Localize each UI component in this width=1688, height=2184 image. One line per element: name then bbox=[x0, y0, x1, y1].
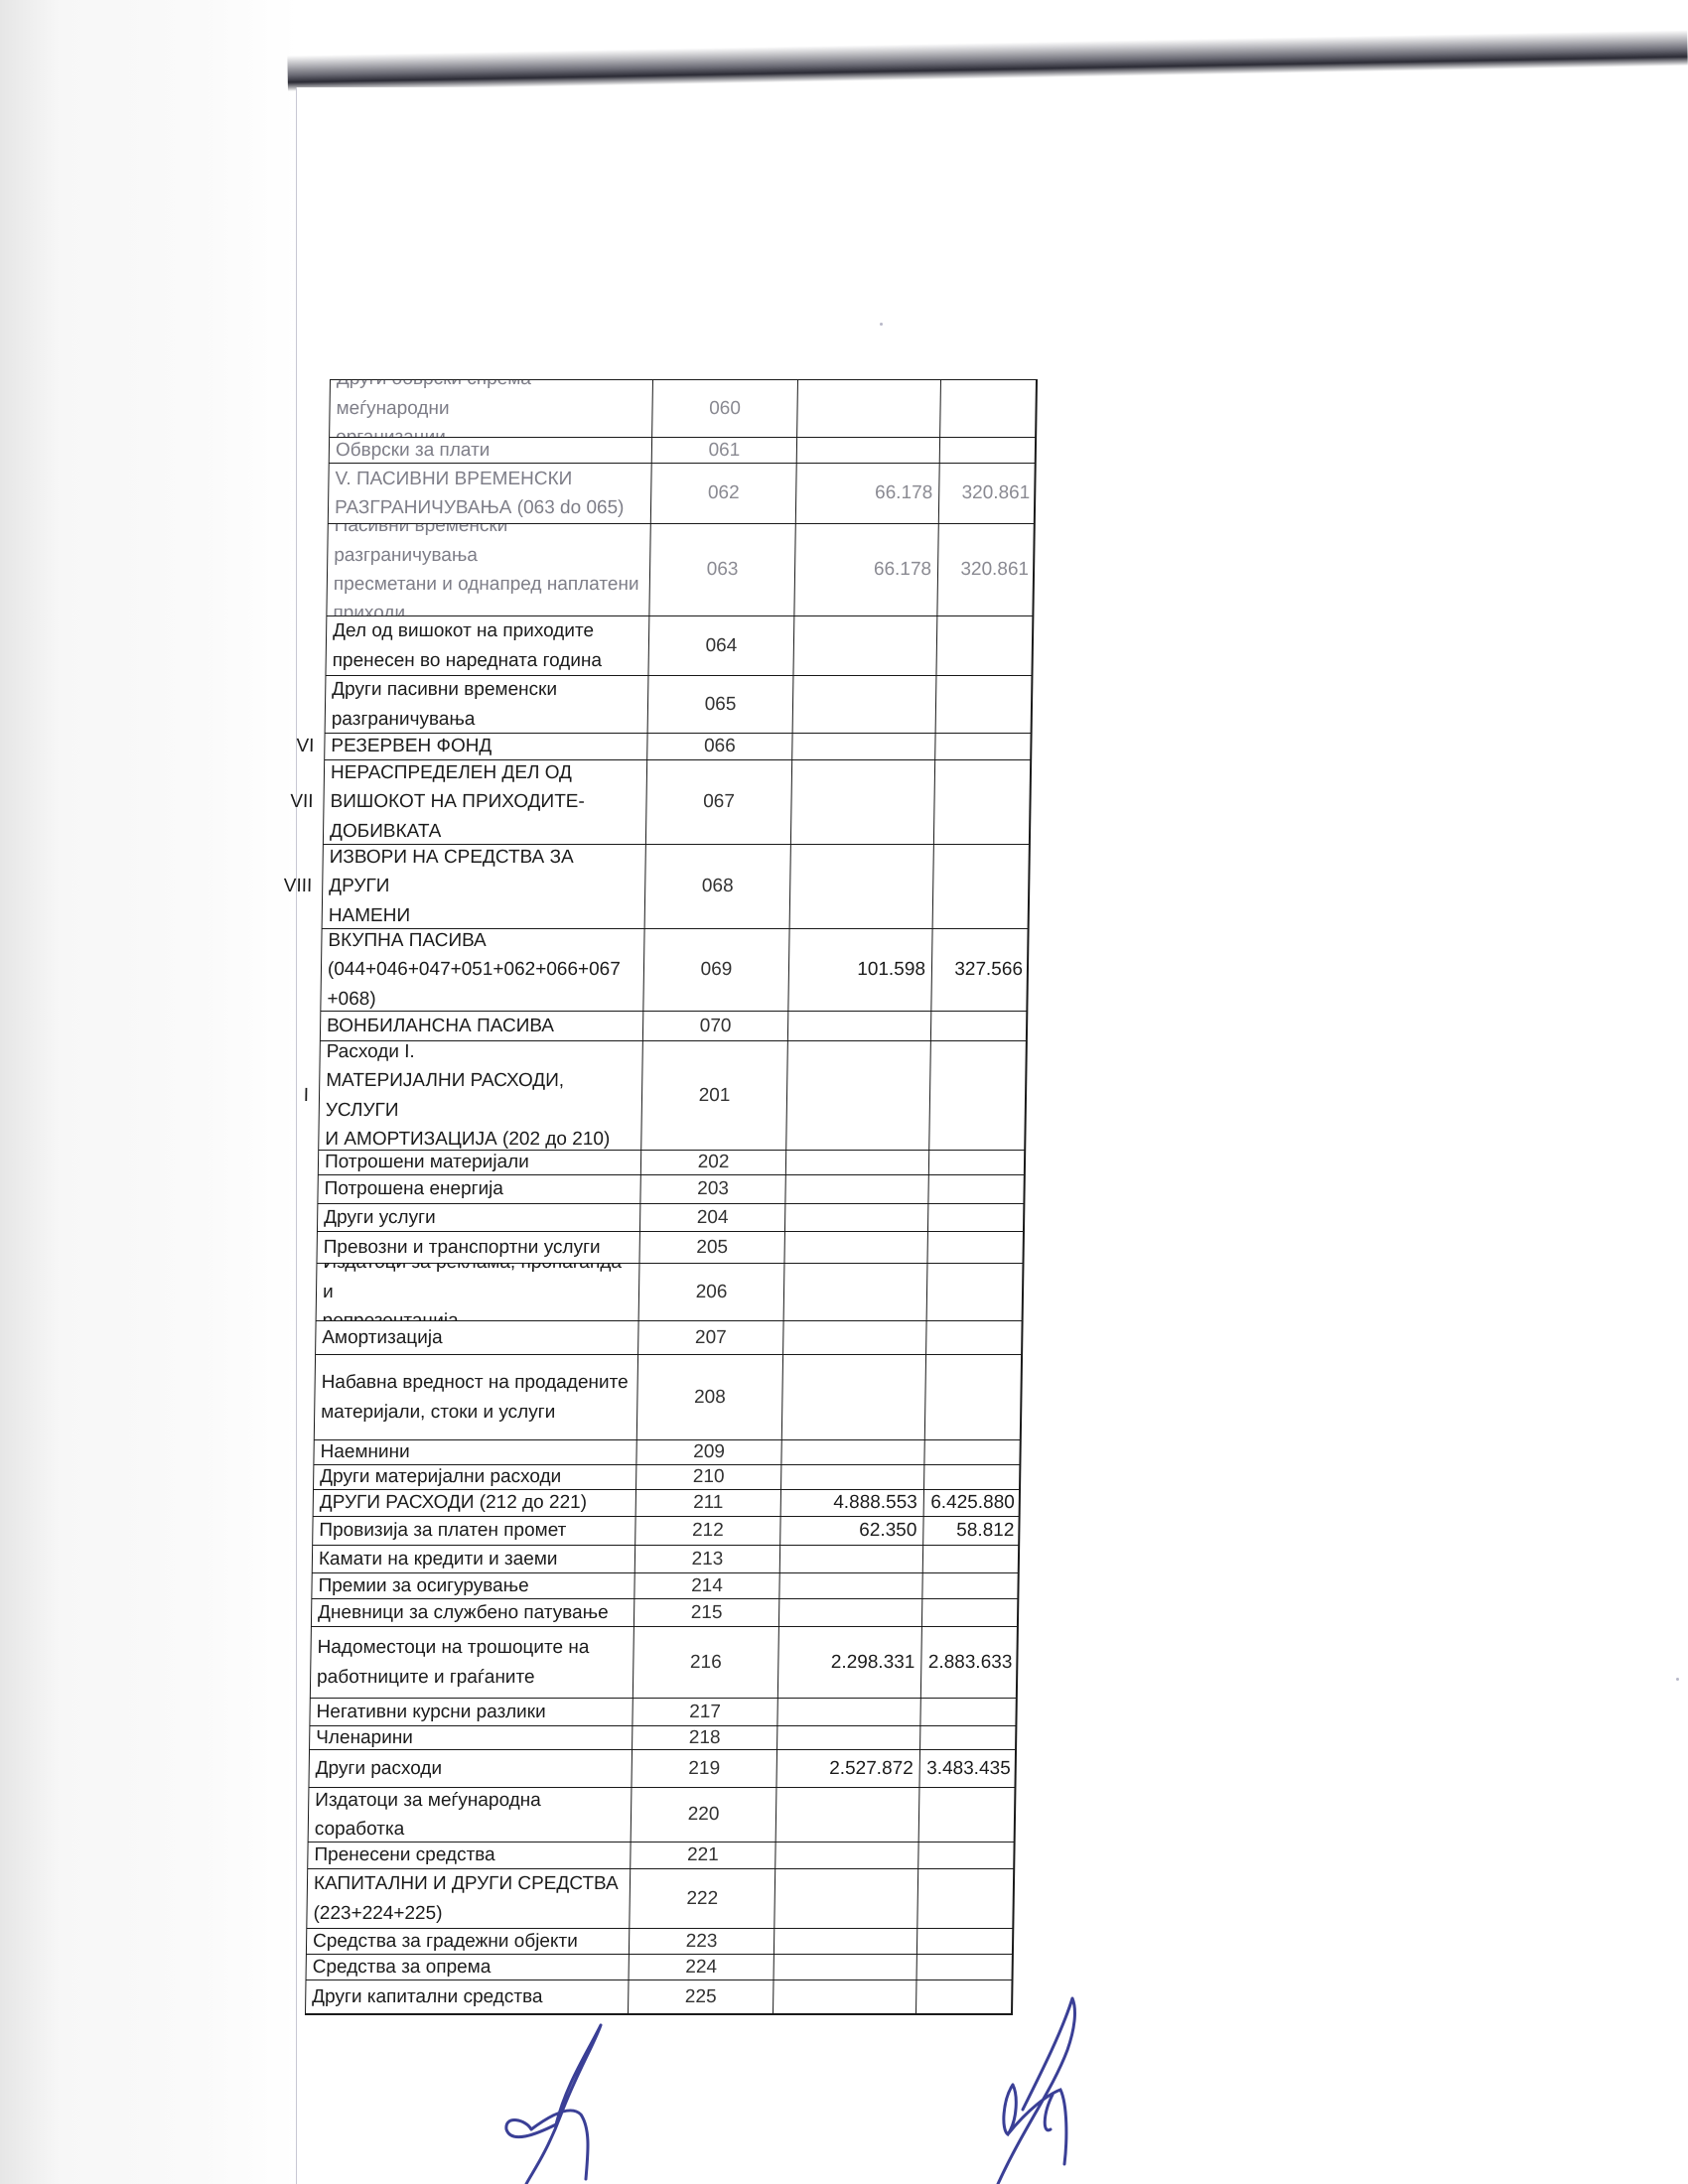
row-code: 207 bbox=[637, 1321, 783, 1354]
previous-year-value bbox=[923, 1465, 1021, 1489]
current-year-value bbox=[773, 1980, 916, 2013]
row-label: ИЗВОРИ НА СРЕДСТВА ЗА ДРУГИ НАМЕНИ bbox=[322, 845, 645, 928]
row-label: Средства за градежни објекти bbox=[306, 1929, 629, 1954]
current-year-value bbox=[778, 1599, 921, 1626]
current-year-value bbox=[779, 1546, 922, 1572]
row-label: Средства за опрема bbox=[306, 1955, 629, 1979]
row-label: Превозни и транспортни услуги bbox=[316, 1232, 638, 1263]
row-code: 224 bbox=[629, 1955, 774, 1979]
previous-year-value: 2.883.633 bbox=[920, 1627, 1019, 1698]
current-year-value bbox=[784, 1204, 927, 1231]
row-label: Надоместоци на трошоците на работниците … bbox=[310, 1627, 633, 1698]
row-code: 213 bbox=[634, 1546, 779, 1572]
row-code: 068 bbox=[644, 845, 790, 928]
previous-year-value bbox=[923, 1440, 1021, 1464]
row-label: Издатоци за реклама, пропаганда и репрез… bbox=[316, 1264, 639, 1320]
row-code: 201 bbox=[640, 1041, 787, 1150]
previous-year-value bbox=[935, 616, 1034, 675]
table-row: VIIНЕРАСПРЕДЕЛЕН ДЕЛ ОД ВИШОКОТ НА ПРИХО… bbox=[323, 759, 1032, 844]
row-code: 214 bbox=[633, 1573, 778, 1598]
row-code: 060 bbox=[651, 380, 797, 437]
current-year-value bbox=[785, 1151, 928, 1174]
row-code: 208 bbox=[636, 1355, 782, 1439]
previous-year-value: 58.812 bbox=[922, 1517, 1020, 1545]
row-label: ВОНБИЛАНСНА ПАСИВА bbox=[320, 1012, 642, 1040]
row-code: 066 bbox=[646, 734, 791, 759]
table-row: Други капитални средства225 bbox=[305, 1979, 1014, 2015]
current-year-value bbox=[781, 1355, 925, 1439]
current-year-value bbox=[783, 1232, 926, 1263]
row-code: 204 bbox=[639, 1204, 784, 1231]
row-code: 063 bbox=[648, 524, 794, 615]
current-year-value: 62.350 bbox=[779, 1517, 922, 1545]
table-row: Средства за градежни објекти223 bbox=[306, 1928, 1014, 1954]
table-row: Пренесени средства221 bbox=[307, 1842, 1015, 1868]
previous-year-value bbox=[919, 1699, 1017, 1725]
row-label: Дневници за службено патување bbox=[311, 1599, 633, 1626]
previous-year-value bbox=[932, 845, 1031, 928]
table-row: ВКУПНА ПАСИВА (044+046+047+051+062+066+0… bbox=[320, 928, 1029, 1011]
row-code: 211 bbox=[635, 1490, 780, 1516]
table-row: Надоместоци на трошоците на работниците … bbox=[310, 1626, 1019, 1698]
previous-year-value bbox=[930, 1012, 1028, 1040]
row-code: 069 bbox=[642, 929, 788, 1011]
table-row: Дневници за службено патување215 bbox=[311, 1598, 1019, 1626]
balance-sheet-table: Други обврски спрема меѓународни организ… bbox=[305, 379, 1038, 2015]
previous-year-value bbox=[916, 1869, 1015, 1928]
row-code: 202 bbox=[640, 1151, 785, 1174]
row-label: Други услуги bbox=[317, 1204, 639, 1231]
previous-year-value bbox=[924, 1355, 1023, 1439]
table-row: Други обврски спрема меѓународни организ… bbox=[329, 379, 1038, 437]
table-row: Премии за осигурување214 bbox=[311, 1572, 1019, 1598]
current-year-value: 101.598 bbox=[787, 929, 931, 1011]
current-year-value: 4.888.553 bbox=[780, 1490, 923, 1516]
previous-year-value bbox=[926, 1264, 1025, 1320]
current-year-value bbox=[774, 1843, 917, 1868]
table-row: Дел од вишокот на приходите пренесен во … bbox=[325, 615, 1034, 675]
current-year-value bbox=[780, 1465, 923, 1489]
section-roman-numeral: VIII bbox=[283, 845, 313, 928]
section-roman-numeral: VII bbox=[290, 760, 315, 844]
row-code: 061 bbox=[651, 438, 796, 463]
row-label: ВКУПНА ПАСИВА (044+046+047+051+062+066+0… bbox=[320, 929, 643, 1011]
row-label: РЕЗЕРВЕН ФОНД bbox=[324, 734, 646, 759]
row-code: 203 bbox=[639, 1175, 784, 1203]
previous-year-value bbox=[916, 1929, 1014, 1954]
row-label: Премии за осигурување bbox=[311, 1573, 633, 1598]
row-code: 219 bbox=[631, 1750, 776, 1787]
row-label: Амортизација bbox=[315, 1321, 638, 1354]
table-row: IРасходи I. МАТЕРИЈАЛНИ РАСХОДИ, УСЛУГИ … bbox=[318, 1040, 1028, 1150]
row-label: Други обврски спрема меѓународни организ… bbox=[329, 380, 652, 437]
previous-year-value bbox=[918, 1788, 1017, 1842]
row-label: V. ПАСИВНИ ВРЕМЕНСКИ РАЗГРАНИЧУВАЊА (063… bbox=[328, 464, 651, 523]
row-code: 215 bbox=[633, 1599, 778, 1626]
previous-year-value bbox=[935, 676, 1034, 733]
previous-year-value bbox=[939, 438, 1037, 463]
current-year-value bbox=[783, 1264, 927, 1320]
current-year-value bbox=[784, 1175, 927, 1203]
row-label: Обврски за плати bbox=[329, 438, 651, 463]
row-code: 225 bbox=[628, 1980, 774, 2013]
current-year-value bbox=[774, 1869, 917, 1928]
previous-year-value bbox=[919, 1726, 1017, 1749]
row-code: 222 bbox=[629, 1869, 774, 1928]
current-year-value: 66.178 bbox=[793, 524, 937, 615]
current-year-value bbox=[787, 1012, 930, 1040]
row-label: Други материјални расходи bbox=[313, 1465, 635, 1489]
current-year-value bbox=[792, 676, 936, 733]
previous-year-value: 320.861 bbox=[938, 464, 1037, 523]
table-row: Негативни курсни разлики217 bbox=[309, 1698, 1017, 1725]
row-code: 062 bbox=[650, 464, 796, 523]
current-year-value bbox=[774, 1955, 916, 1979]
previous-year-value: 6.425.880 bbox=[923, 1490, 1021, 1516]
previous-year-value bbox=[939, 380, 1038, 437]
previous-year-value: 320.861 bbox=[936, 524, 1035, 615]
table-row: Други расходи2192.527.8723.483.435 bbox=[308, 1749, 1017, 1787]
row-label: Негативни курсни разлики bbox=[309, 1699, 632, 1725]
row-code: 220 bbox=[631, 1788, 776, 1842]
row-code: 210 bbox=[635, 1465, 780, 1489]
row-code: 070 bbox=[642, 1012, 787, 1040]
previous-year-value bbox=[916, 1955, 1014, 1979]
current-year-value bbox=[790, 760, 934, 844]
table-row: VIIIИЗВОРИ НА СРЕДСТВА ЗА ДРУГИ НАМЕНИ06… bbox=[322, 844, 1031, 928]
previous-year-value bbox=[927, 1175, 1025, 1203]
row-label: Пасивни временски разграничувања пресмет… bbox=[326, 524, 649, 615]
current-year-value bbox=[780, 1440, 923, 1464]
table-row: Пасивни временски разграничувања пресмет… bbox=[326, 523, 1035, 615]
row-code: 221 bbox=[630, 1843, 774, 1868]
row-label: Камати на кредити и заеми bbox=[312, 1546, 634, 1572]
row-label: Потрошена енергија bbox=[317, 1175, 639, 1203]
current-year-value bbox=[791, 734, 934, 759]
current-year-value bbox=[776, 1726, 919, 1749]
row-label: Други пасивни временски разграничувања bbox=[325, 676, 648, 733]
table-row: VIРЕЗЕРВЕН ФОНД066 bbox=[324, 733, 1032, 759]
previous-year-value: 327.566 bbox=[930, 929, 1029, 1011]
current-year-value: 2.298.331 bbox=[777, 1627, 921, 1698]
row-label: Издатоци за меѓународна соработка bbox=[308, 1788, 632, 1842]
current-year-value bbox=[778, 1573, 921, 1598]
previous-year-value bbox=[921, 1573, 1019, 1598]
table-row: Наемнини209 bbox=[313, 1439, 1021, 1464]
row-label: Пренесени средства bbox=[307, 1843, 630, 1868]
section-roman-numeral: VI bbox=[296, 734, 314, 759]
table-row: Потрошена енергија203 bbox=[317, 1174, 1025, 1203]
current-year-value bbox=[789, 845, 933, 928]
table-row: Превозни и транспортни услуги205 bbox=[316, 1231, 1024, 1263]
previous-year-value bbox=[933, 760, 1032, 844]
current-year-value bbox=[792, 616, 936, 675]
scan-speck bbox=[880, 323, 883, 326]
previous-year-value bbox=[928, 1151, 1026, 1174]
row-label: Расходи I. МАТЕРИЈАЛНИ РАСХОДИ, УСЛУГИ И… bbox=[318, 1041, 642, 1150]
previous-year-value bbox=[926, 1232, 1024, 1263]
table-row: Потрошени материјали202 bbox=[318, 1150, 1026, 1174]
row-label: Набавна вредност на продадените материја… bbox=[314, 1355, 637, 1439]
row-label: ДРУГИ РАСХОДИ (212 до 221) bbox=[313, 1490, 635, 1516]
row-label: НЕРАСПРЕДЕЛЕН ДЕЛ ОД ВИШОКОТ НА ПРИХОДИТ… bbox=[323, 760, 646, 844]
table-row: Камати на кредити и заеми213 bbox=[312, 1545, 1020, 1572]
row-label: Други капитални средства bbox=[305, 1980, 629, 2013]
row-code: 216 bbox=[633, 1627, 778, 1698]
row-label: КАПИТАЛНИ И ДРУГИ СРЕДСТВА (223+224+225) bbox=[306, 1869, 630, 1928]
table-row: КАПИТАЛНИ И ДРУГИ СРЕДСТВА (223+224+225)… bbox=[306, 1868, 1015, 1928]
current-year-value bbox=[785, 1041, 930, 1150]
table-row: Набавна вредност на продадените материја… bbox=[314, 1354, 1023, 1439]
table-row: V. ПАСИВНИ ВРЕМЕНСКИ РАЗГРАНИЧУВАЊА (063… bbox=[328, 463, 1037, 523]
row-label: Наемнини bbox=[313, 1440, 635, 1464]
table-row: Издатоци за реклама, пропаганда и репрез… bbox=[316, 1263, 1025, 1320]
row-code: 064 bbox=[647, 616, 793, 675]
row-label: Дел од вишокот на приходите пренесен во … bbox=[325, 616, 648, 675]
left-signature bbox=[477, 2015, 635, 2184]
row-code: 218 bbox=[632, 1726, 776, 1749]
previous-year-value bbox=[921, 1599, 1019, 1626]
current-year-value bbox=[776, 1699, 919, 1725]
current-year-value bbox=[796, 380, 940, 437]
scan-speck bbox=[1676, 1678, 1679, 1681]
table-row: Издатоци за меѓународна соработка220 bbox=[308, 1787, 1017, 1842]
previous-year-value bbox=[922, 1546, 1020, 1572]
current-year-value: 66.178 bbox=[795, 464, 939, 523]
row-code: 206 bbox=[638, 1264, 784, 1320]
table-row: Членарини218 bbox=[309, 1725, 1017, 1749]
table-row: Средства за опрема224 bbox=[306, 1954, 1014, 1979]
current-year-value bbox=[796, 438, 939, 463]
table-row: Провизија за платен промет21262.35058.81… bbox=[312, 1516, 1020, 1545]
previous-year-value bbox=[925, 1321, 1024, 1354]
row-code: 209 bbox=[635, 1440, 780, 1464]
table-row: ВОНБИЛАНСНА ПАСИВА070 bbox=[320, 1011, 1028, 1040]
row-code: 217 bbox=[632, 1699, 776, 1725]
row-code: 212 bbox=[634, 1517, 779, 1545]
right-signature bbox=[943, 1990, 1092, 2184]
previous-year-value bbox=[928, 1041, 1028, 1150]
previous-year-value bbox=[927, 1204, 1025, 1231]
row-label: Членарини bbox=[309, 1726, 632, 1749]
row-label: Други расходи bbox=[308, 1750, 632, 1787]
table-row: Обврски за плати061 bbox=[329, 437, 1037, 463]
table-row: Други услуги204 bbox=[317, 1203, 1025, 1231]
table-row: Други пасивни временски разграничувања06… bbox=[325, 675, 1034, 733]
row-code: 223 bbox=[629, 1929, 774, 1954]
row-code: 205 bbox=[638, 1232, 783, 1263]
table-row: Амортизација207 bbox=[315, 1320, 1024, 1354]
previous-year-value bbox=[917, 1843, 1015, 1868]
row-code: 065 bbox=[647, 676, 793, 733]
current-year-value bbox=[774, 1929, 916, 1954]
current-year-value: 2.527.872 bbox=[775, 1750, 919, 1787]
row-label: Провизија за платен промет bbox=[312, 1517, 634, 1545]
row-label: Потрошени материјали bbox=[318, 1151, 640, 1174]
previous-year-value bbox=[934, 734, 1032, 759]
table-row: ДРУГИ РАСХОДИ (212 до 221)2114.888.5536.… bbox=[313, 1489, 1021, 1516]
current-year-value bbox=[775, 1788, 919, 1842]
current-year-value bbox=[782, 1321, 926, 1354]
previous-year-value: 3.483.435 bbox=[918, 1750, 1017, 1787]
row-code: 067 bbox=[645, 760, 791, 844]
table-row: Други материјални расходи210 bbox=[313, 1464, 1021, 1489]
